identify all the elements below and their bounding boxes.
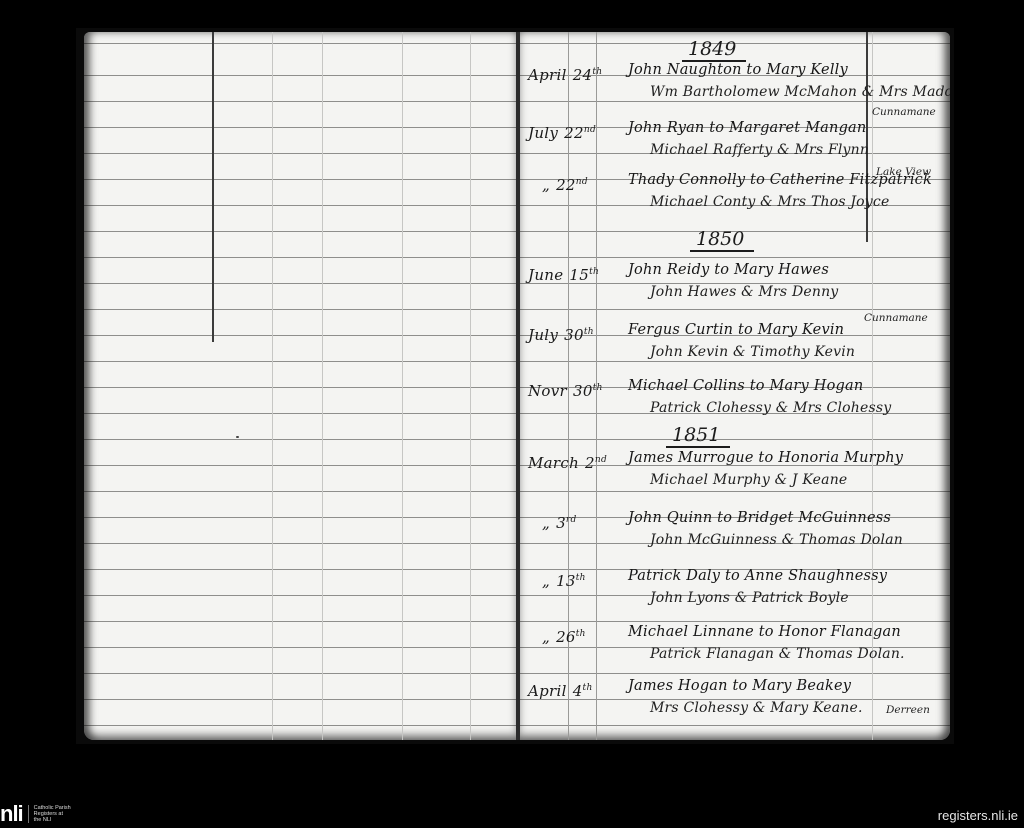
entry-date: March2nd [528,454,613,472]
entry-month: March [528,454,579,472]
nli-logo-text: Catholic Parish Registers at the NLI [34,805,74,823]
column-rule [322,32,323,740]
entry-month: „ [542,514,550,532]
entry-month: July [528,124,558,142]
nli-logo: nli Catholic Parish Registers at the NLI [0,800,74,828]
column-rule [470,32,471,740]
entry-day: 2nd [585,454,613,472]
entry-witnesses: Patrick Clohessy & Mrs Clohessy [650,400,891,416]
entry-couple: John Ryan to Margaret Mangan [628,120,866,136]
entry-couple: John Quinn to Bridget McGuinness [628,510,891,526]
entry-day: 22nd [564,124,596,142]
entry-month: „ [542,572,550,590]
entry-month: April [528,682,567,700]
entry-date: June15th [528,266,599,284]
entry-month: „ [542,176,550,194]
entry-day: 30th [573,382,603,400]
entry-couple: John Naughton to Mary Kelly [628,62,848,78]
entry-couple: Michael Linnane to Honor Flanagan [628,624,901,640]
entry-date: „22nd [528,176,588,194]
right-margin-rule [866,32,868,242]
column-rule [402,32,403,740]
ink-speck [236,436,239,438]
entry-couple: John Reidy to Mary Hawes [628,262,829,278]
entry-day: 24th [573,66,603,84]
year-heading: 1849 [682,38,746,62]
entry-couple: Fergus Curtin to Mary Kevin [628,322,844,338]
entry-couple: Patrick Daly to Anne Shaughnessy [628,568,887,584]
logo-divider [28,805,29,823]
entry-month: April [528,66,567,84]
entry-date: „3rd [528,514,584,532]
column-rule [272,32,273,740]
entry-month: Novr [528,382,567,400]
entry-date: „26th [528,628,586,646]
entry-date: April24th [528,66,602,84]
nli-logo-mark: nli [0,803,23,825]
entry-witnesses: Michael Conty & Mrs Thos Joyce [650,194,889,210]
entry-day: 30th [564,326,594,344]
year-heading: 1851 [666,424,730,448]
entry-month: „ [542,628,550,646]
entry-day: 3rd [556,514,584,532]
entry-date: July22nd [528,124,596,142]
left-page [84,32,516,740]
site-url-link[interactable]: registers.nli.ie [938,808,1018,823]
entry-witnesses: John Hawes & Mrs Denny [650,284,838,300]
entry-witnesses: John Kevin & Timothy Kevin [650,344,855,360]
right-page: 1849April24thJohn Naughton to Mary Kelly… [520,32,950,740]
entry-witnesses: Wm Bartholomew McMahon & Mrs Madden [650,84,950,100]
entry-place: Cunnamane [872,106,936,118]
year-heading: 1850 [690,228,754,252]
entry-date: July30th [528,326,594,344]
entry-witnesses: John Lyons & Patrick Boyle [650,590,849,606]
entry-date: Novr30th [528,382,603,400]
entry-day: 4th [573,682,601,700]
entry-couple: Michael Collins to Mary Hogan [628,378,863,394]
entry-day: 13th [556,572,586,590]
entry-witnesses: Mrs Clohessy & Mary Keane. [650,700,863,716]
entry-couple: Thady Connolly to Catherine Fitzpatrick [628,172,932,188]
entry-witnesses: Michael Rafferty & Mrs Flynn [650,142,869,158]
entry-place: Derreen [886,704,930,716]
entry-date: „13th [528,572,586,590]
entry-witnesses: Patrick Flanagan & Thomas Dolan. [650,646,905,662]
entry-day: 26th [556,628,586,646]
register-image-viewer: 1849April24thJohn Naughton to Mary Kelly… [0,0,1024,828]
entry-witnesses: John McGuinness & Thomas Dolan [650,532,903,548]
entry-date: April4th [528,682,601,700]
entry-witnesses: Michael Murphy & J Keane [650,472,847,488]
entry-couple: James Murrogue to Honoria Murphy [628,450,903,466]
entry-month: June [528,266,563,284]
entry-place: Cunnamane [864,312,928,324]
entry-couple: James Hogan to Mary Beakey [628,678,851,694]
left-margin-rule [212,32,214,342]
entry-day: 22nd [556,176,588,194]
entry-day: 15th [569,266,599,284]
entry-month: July [528,326,558,344]
register-book-spread: 1849April24thJohn Naughton to Mary Kelly… [76,28,954,744]
